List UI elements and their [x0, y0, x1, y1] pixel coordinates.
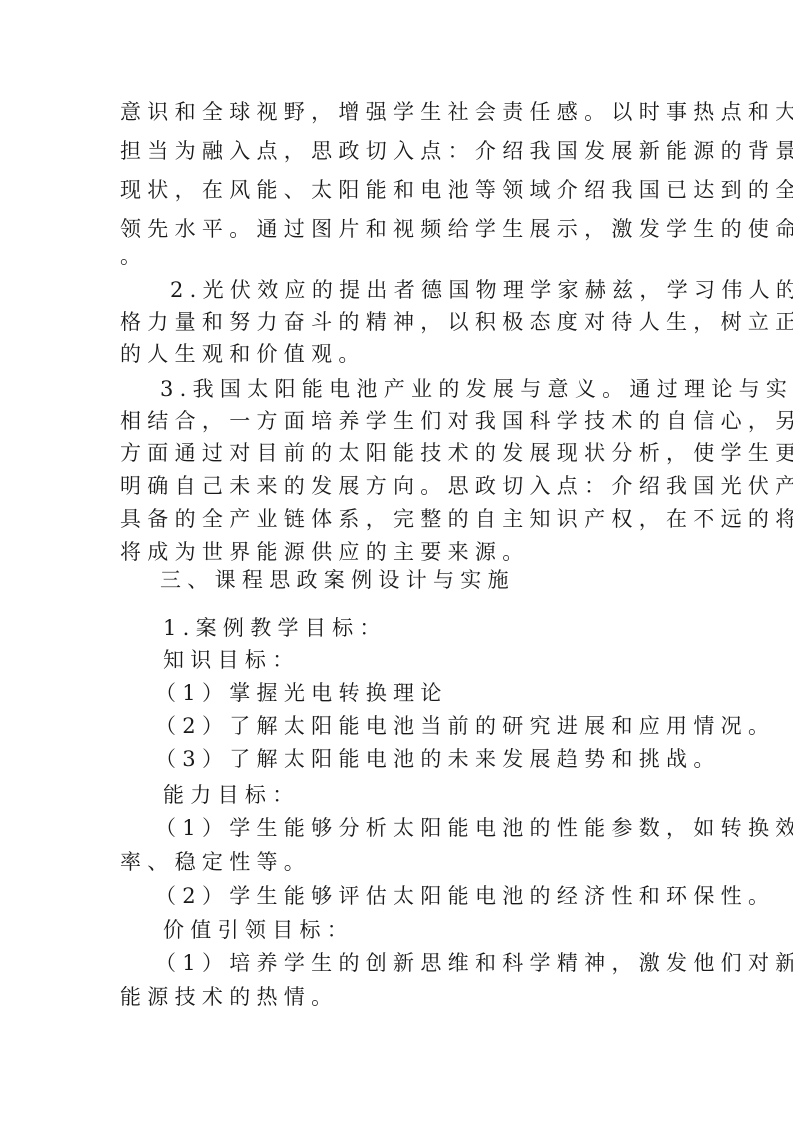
goal-item: （3）了解太阳能电池的未来发展趋势和挑战。 [155, 746, 715, 772]
goal-item: （2）学生能够评估太阳能电池的经济性和环保性。 [155, 883, 715, 909]
text-line: 担当为融入点，思政切入点：介绍我国发展新能源的背景与 [120, 138, 680, 164]
subsection-title: 1.案例教学目标： [163, 615, 723, 641]
goal-category-title: 价值引领目标： [163, 917, 723, 943]
text-line: 。 [120, 243, 680, 269]
goal-item-continuation: 能源技术的热情。 [120, 984, 680, 1010]
goal-item: （1）掌握光电转换理论 [155, 680, 715, 706]
text-line: 现状，在风能、太阳能和电池等领域介绍我国已达到的全球 [120, 177, 680, 203]
text-line: 明确自己未来的发展方向。思政切入点：介绍我国光伏产业 [120, 473, 680, 499]
text-line: 将成为世界能源供应的主要来源。 [120, 539, 680, 565]
text-line: 3.我国太阳能电池产业的发展与意义。通过理论与实际 [160, 376, 720, 402]
document-page: 意识和全球视野，增强学生社会责任感。以时事热点和大国 担当为融入点，思政切入点：… [0, 0, 793, 1122]
text-line: 意识和全球视野，增强学生社会责任感。以时事热点和大国 [120, 99, 680, 125]
goal-item: （1）学生能够分析太阳能电池的性能参数，如转换效 [155, 815, 715, 841]
goal-category-title: 能力目标： [163, 782, 723, 808]
text-line: 相结合，一方面培养学生们对我国科学技术的自信心，另一 [120, 408, 680, 434]
text-line: 2.光伏效应的提出者德国物理学家赫兹，学习伟人的人 [170, 277, 730, 303]
text-line: 方面通过对目前的太阳能技术的发展现状分析，使学生更加 [120, 440, 680, 466]
text-line: 的人生观和价值观。 [120, 341, 680, 367]
goal-item: （1）培养学生的创新思维和科学精神，激发他们对新 [155, 950, 715, 976]
section-heading: 三、课程思政案例设计与实施 [160, 567, 720, 593]
goal-item-continuation: 率、稳定性等。 [120, 849, 680, 875]
text-line: 领先水平。通过图片和视频给学生展示，激发学生的使命感 [120, 216, 680, 242]
text-line: 具备的全产业链体系，完整的自主知识产权，在不远的将来 [120, 506, 680, 532]
goal-category-title: 知识目标： [163, 647, 723, 673]
goal-item: （2）了解太阳能电池当前的研究进展和应用情况。 [155, 713, 715, 739]
text-line: 格力量和努力奋斗的精神，以积极态度对待人生，树立正确 [120, 309, 680, 335]
